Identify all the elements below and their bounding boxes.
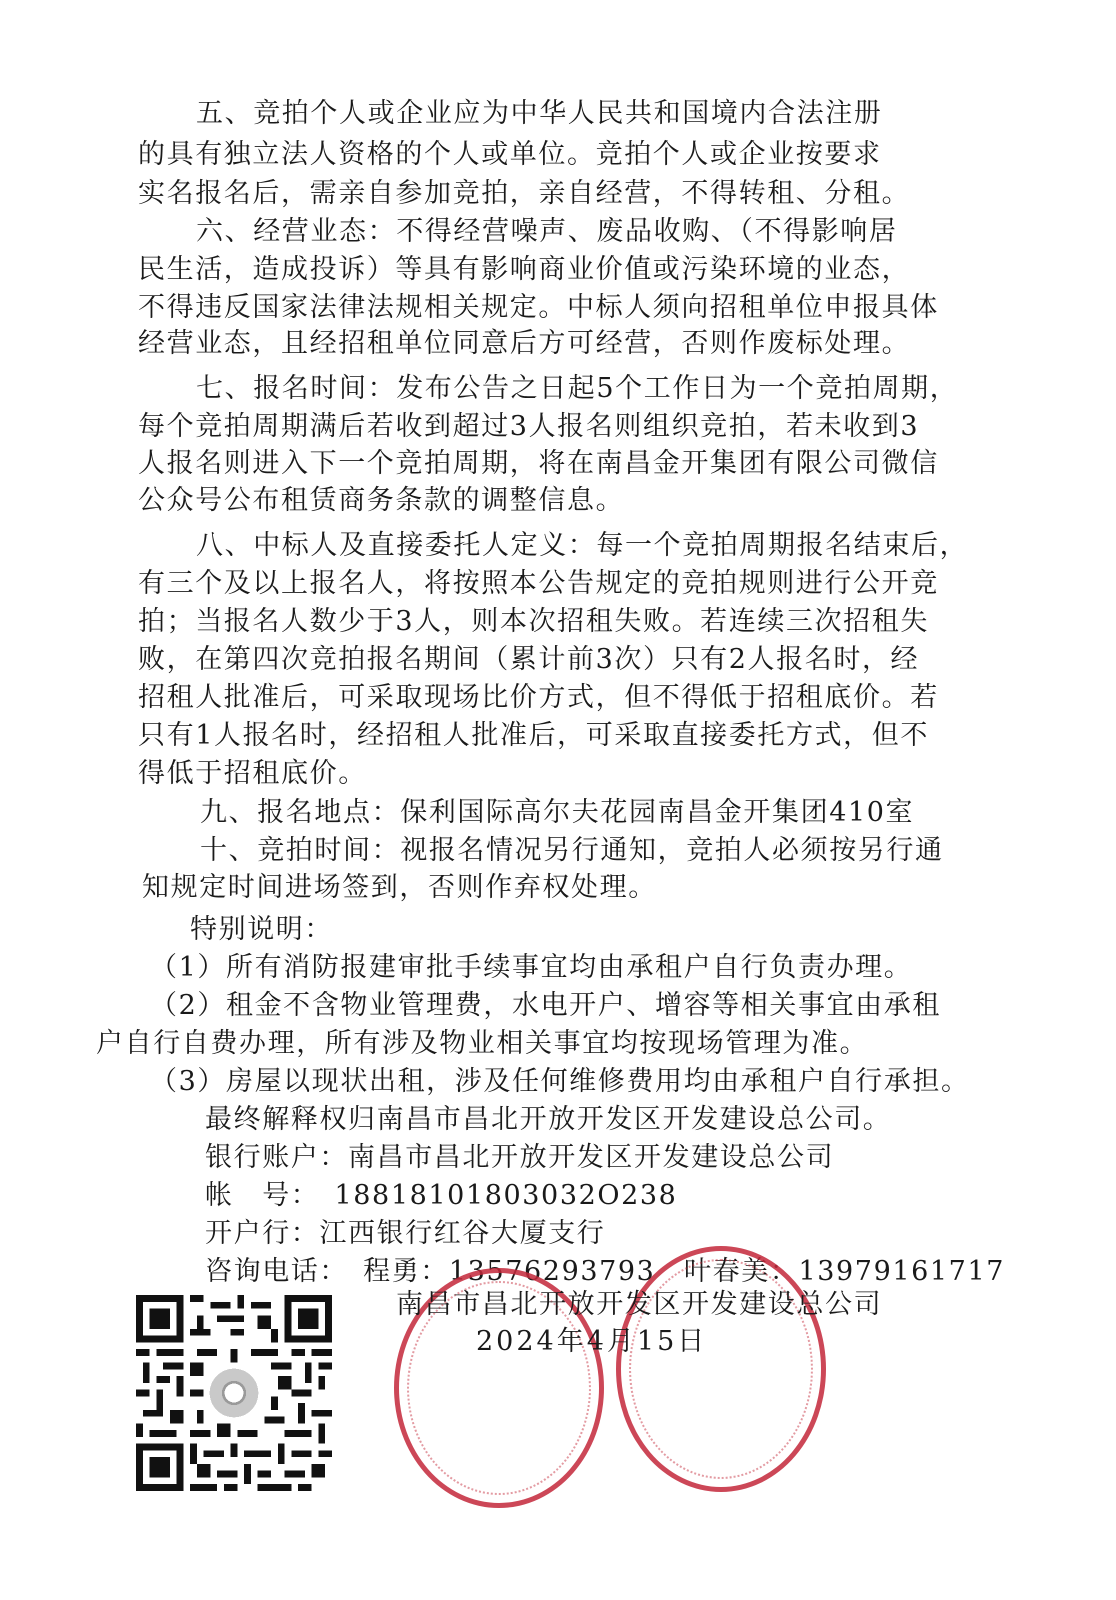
- text-line: 九、报名地点：保利国际高尔夫花园南昌金开集团410室: [200, 795, 914, 831]
- qr-code-icon: [116, 1295, 352, 1491]
- text-line: 户自行自费办理，所有涉及物业相关事宜均按现场管理为准。: [96, 1026, 868, 1062]
- text-line: 七、报名时间：发布公告之日起5个工作日为一个竞拍周期，: [196, 371, 958, 407]
- text-line: （3）房屋以现状出租，涉及任何维修费用均由承租户自行承担。: [150, 1064, 970, 1100]
- text-line: 有三个及以上报名人，将按照本公告规定的竞拍规则进行公开竞: [138, 566, 939, 602]
- text-line: 开户行：江西银行红谷大厦支行: [205, 1216, 605, 1252]
- text-line: 六、经营业态：不得经营噪声、废品收购、（不得影响居: [196, 214, 898, 250]
- text-line: 银行账户：南昌市昌北开放开发区开发建设总公司: [205, 1140, 834, 1176]
- text-line: 八、中标人及直接委托人定义：每一个竞拍周期报名结束后，: [196, 528, 968, 564]
- text-line: 十、竞拍时间：视报名情况另行通知，竞拍人必须按另行通: [200, 833, 944, 869]
- text-line: 帐 号： 18818101803032O238: [205, 1178, 677, 1214]
- text-line: 最终解释权归南昌市昌北开放开发区开发建设总公司。: [205, 1102, 891, 1138]
- text-line: 得低于招租底价。: [138, 756, 367, 792]
- text-line: 拍；当报名人数少于3人，则本次招租失败。若连续三次招租失: [138, 604, 929, 640]
- signature-date: 2024年4月15日: [476, 1324, 707, 1360]
- text-line: （2）租金不含物业管理费，水电开户、增容等相关事宜由承租: [150, 988, 941, 1024]
- text-line: 民生活，造成投诉）等具有影响商业价值或污染环境的业态，: [138, 252, 910, 288]
- text-line: 不得违反国家法律法规相关规定。中标人须向招租单位申报具体: [138, 290, 939, 326]
- text-line: 招租人批准后，可采取现场比价方式，但不得低于招租底价。若: [138, 680, 939, 716]
- text-line: 只有1人报名时，经招租人批准后，可采取直接委托方式，但不: [138, 718, 929, 754]
- text-line: 的具有独立法人资格的个人或单位。竞拍个人或企业按要求: [138, 137, 882, 173]
- text-line: 败，在第四次竞拍报名期间（累计前3次）只有2人报名时，经: [138, 642, 919, 678]
- text-line: 五、竞拍个人或企业应为中华人民共和国境内合法注册: [196, 96, 882, 132]
- text-line: 公众号公布租赁商务条款的调整信息。: [138, 483, 624, 519]
- text-line: 咨询电话： 程勇：13576293793 叶春美：13979161717: [205, 1254, 1005, 1290]
- text-line: 特别说明：: [190, 912, 333, 948]
- text-line: 实名报名后，需亲自参加竞拍，亲自经营，不得转租、分租。: [138, 176, 910, 212]
- text-line: （1）所有消防报建审批手续事宜均由承租户自行负责办理。: [150, 950, 912, 986]
- stamp-right: [616, 1246, 826, 1492]
- text-line: 经营业态，且经招租单位同意后方可经营，否则作废标处理。: [138, 326, 910, 362]
- text-line: 人报名则进入下一个竞拍周期，将在南昌金开集团有限公司微信: [138, 446, 939, 482]
- text-line: 知规定时间进场签到，否则作弃权处理。: [142, 870, 657, 906]
- signature-company: 南昌市昌北开放开发区开发建设总公司: [396, 1287, 882, 1323]
- qr-code[interactable]: [116, 1295, 352, 1491]
- text-line: 每个竞拍周期满后若收到超过3人报名则组织竞拍，若未收到3: [138, 409, 919, 445]
